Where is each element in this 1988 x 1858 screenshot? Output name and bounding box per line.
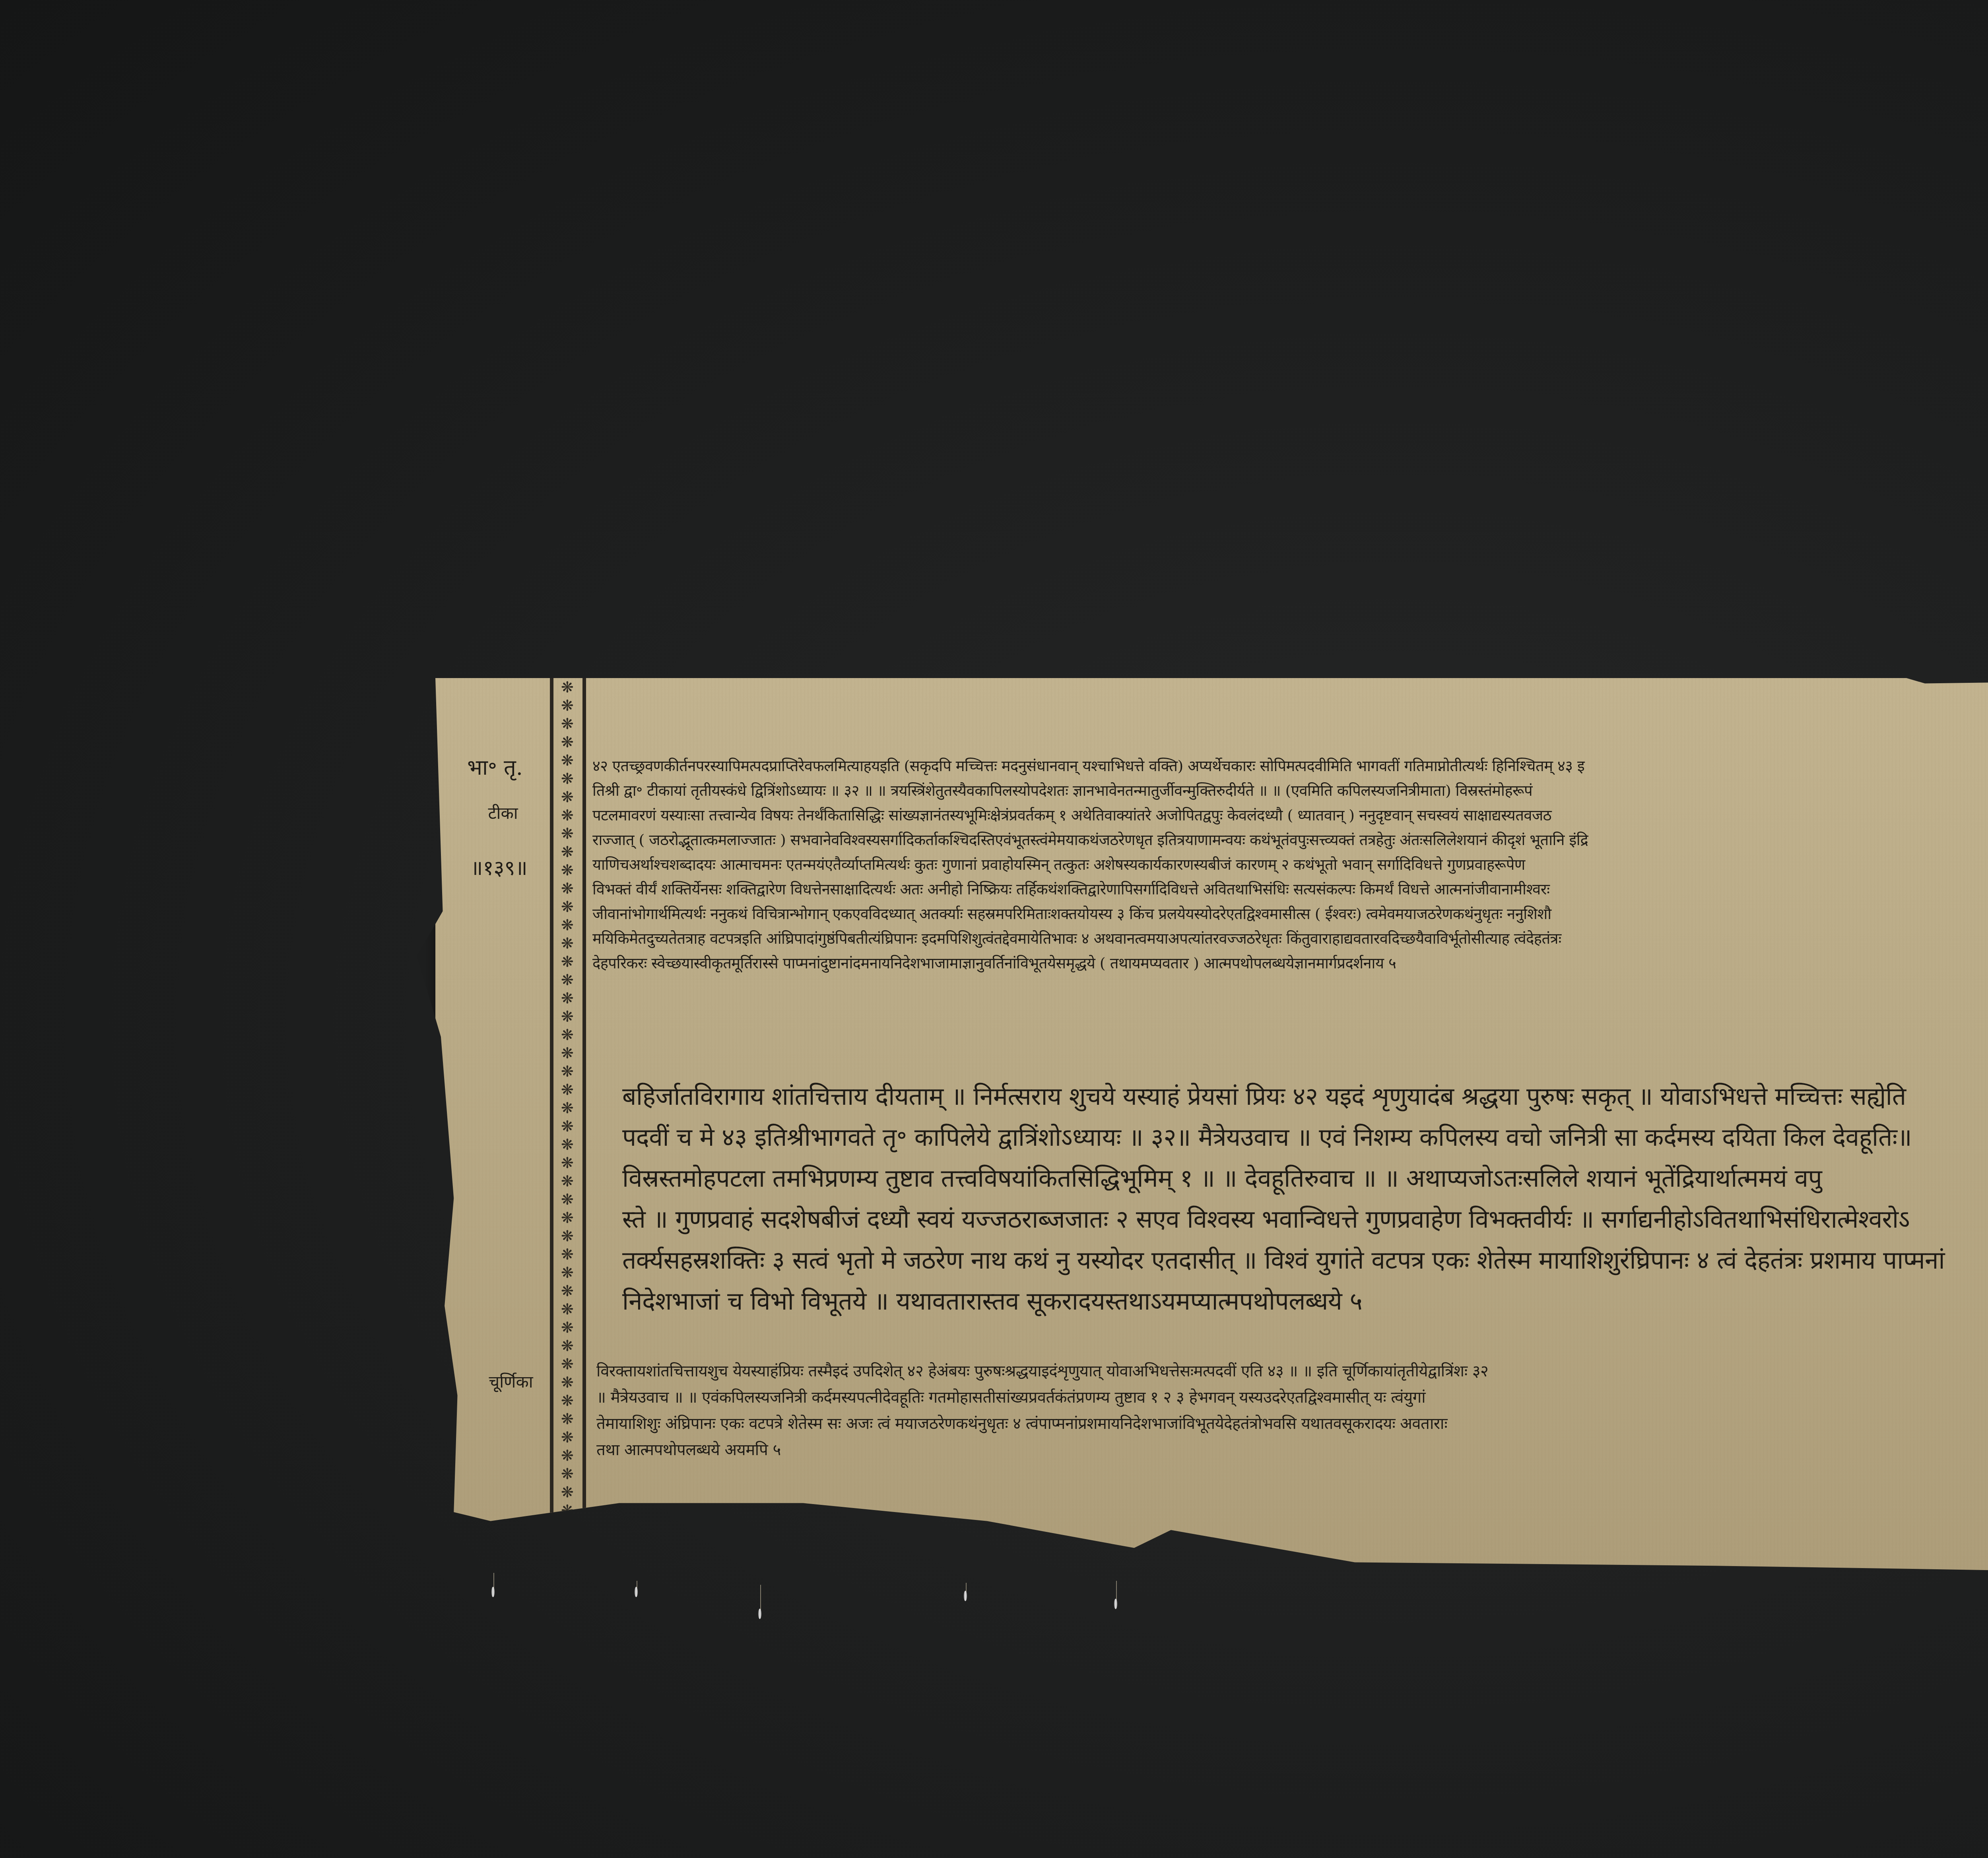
verse-line: स्ते ॥ गुणप्रवाहं सदशेषबीजं दध्यौ स्वयं … — [622, 1199, 1988, 1240]
star-rosette-icon: ❋ — [559, 1210, 575, 1226]
churnika-line: ॥ मैत्रेयउवाच ॥ ॥ एवंकपिलस्यजनित्री कर्द… — [596, 1384, 1988, 1411]
star-rosette-icon: ❋ — [559, 679, 575, 695]
star-rosette-icon: ❋ — [559, 844, 575, 860]
star-rosette-icon: ❋ — [559, 734, 575, 750]
star-rosette-icon: ❋ — [559, 1411, 575, 1427]
star-rosette-icon: ❋ — [559, 1137, 575, 1153]
pin-icon — [964, 1591, 967, 1601]
star-rosette-icon: ❋ — [559, 935, 575, 951]
star-rosette-icon: ❋ — [559, 1009, 575, 1024]
star-rosette-icon: ❋ — [559, 1338, 575, 1354]
left-ornamental-band: ❋❋❋❋❋❋❋❋❋❋❋❋❋❋❋❋❋❋❋❋❋❋❋❋❋❋❋❋❋❋❋❋❋❋❋❋❋❋❋❋… — [555, 678, 580, 1565]
star-rosette-icon: ❋ — [559, 1027, 575, 1043]
tika-line: राज्जात् ( जठरोद्भूतात्कमलाज्जातः ) सभवा… — [592, 828, 1988, 852]
churnika-line: तेमायाशिशुः अंघ्रिपानः एकः वटपत्रे शेतेस… — [596, 1411, 1988, 1437]
manuscript-folio: भा॰ तृ. टीका ॥१३९॥ चूर्णिका ❋❋❋❋❋❋❋❋❋❋❋❋… — [435, 678, 1988, 1575]
pin-icon — [1114, 1599, 1117, 1609]
star-rosette-icon: ❋ — [559, 1448, 575, 1463]
left-margin-title: भा॰ तृ. — [449, 752, 541, 781]
pin-shaft — [1116, 1581, 1117, 1601]
pin-shaft — [493, 1573, 494, 1589]
star-rosette-icon: ❋ — [559, 1118, 575, 1134]
star-rosette-icon: ❋ — [559, 1100, 575, 1116]
left-border-outer-rule — [550, 678, 553, 1565]
left-margin-page-number: ॥१३९॥ — [443, 853, 555, 881]
pin-icon — [635, 1587, 638, 1597]
verse-line: विस्रस्तमोहपटला तमभिप्रणम्य तुष्टाव तत्त… — [622, 1158, 1988, 1199]
star-rosette-icon: ❋ — [559, 862, 575, 878]
star-rosette-icon: ❋ — [559, 880, 575, 896]
star-rosette-icon: ❋ — [559, 1429, 575, 1445]
churnika-line: तथा आत्मपथोपलब्धये अयमपि ५ — [596, 1437, 1988, 1463]
tika-line: तिश्री द्वा॰ टीकायां तृतीयस्कंधे द्वित्र… — [592, 778, 1988, 803]
star-rosette-icon: ❋ — [559, 807, 575, 823]
star-rosette-icon: ❋ — [559, 752, 575, 768]
star-rosette-icon: ❋ — [559, 1191, 575, 1207]
star-rosette-icon: ❋ — [559, 1283, 575, 1299]
star-rosette-icon: ❋ — [559, 716, 575, 732]
verse-line: निदेशभाजां च विभो विभूतये ॥ यथावतारास्तव… — [622, 1281, 1988, 1322]
star-rosette-icon: ❋ — [559, 1265, 575, 1281]
star-rosette-icon: ❋ — [559, 1393, 575, 1409]
star-rosette-icon: ❋ — [559, 698, 575, 713]
star-rosette-icon: ❋ — [559, 1063, 575, 1079]
tika-commentary-block: ४२ एतच्छ्रवणकीर्तनपरस्यापिमत्पदप्राप्तिर… — [592, 754, 1988, 976]
tika-line: याणिचअर्थाश्चशब्दादयः आत्माचमनः एतन्मयंए… — [592, 852, 1988, 877]
tika-line: मयिकिमेतदुच्यतेतत्राह वटपत्रइति आंघ्रिपा… — [592, 926, 1988, 951]
star-rosette-icon: ❋ — [559, 990, 575, 1006]
verse-line: पदवीं च मे ४३ इतिश्रीभागवते तृ॰ कापिलेये… — [622, 1117, 1988, 1158]
star-rosette-icon: ❋ — [559, 1045, 575, 1061]
verse-line: तर्क्यसहस्रशक्तिः ३ सत्वं भृतो मे जठरेण … — [622, 1240, 1988, 1281]
tika-line: जीवानांभोगार्थमित्यर्थः ननुकथं विचित्रान… — [592, 902, 1988, 926]
star-rosette-icon: ❋ — [559, 789, 575, 805]
churnika-gloss-block: विरक्तायशांतचित्तायशुच येयस्याहंप्रियः त… — [596, 1358, 1988, 1463]
star-rosette-icon: ❋ — [559, 899, 575, 915]
star-rosette-icon: ❋ — [559, 1228, 575, 1244]
churnika-line: विरक्तायशांतचित्तायशुच येयस्याहंप्रियः त… — [596, 1358, 1988, 1384]
star-rosette-icon: ❋ — [559, 972, 575, 988]
pin-icon — [758, 1609, 761, 1619]
mula-verse-block: बहिर्जातविरागाय शांतचित्ताय दीयताम् ॥ नि… — [622, 1076, 1988, 1322]
left-margin-section-churnika: चूर्णिका — [471, 1370, 551, 1393]
star-rosette-icon: ❋ — [559, 1320, 575, 1335]
tika-line: पटलमावरणं यस्याःसा तत्त्वान्येव विषयः ते… — [592, 803, 1988, 828]
tika-line: विभक्तं वीर्यं शक्तिर्येनसः शक्तिद्वारेण… — [592, 877, 1988, 902]
left-margin-section-tika: टीका — [463, 801, 543, 824]
left-border-inner-rule — [582, 678, 586, 1565]
star-rosette-icon: ❋ — [559, 1082, 575, 1098]
star-rosette-icon: ❋ — [559, 1356, 575, 1372]
star-rosette-icon: ❋ — [559, 1484, 575, 1500]
star-rosette-icon: ❋ — [559, 954, 575, 970]
tika-line: ४२ एतच्छ्रवणकीर्तनपरस्यापिमत्पदप्राप्तिर… — [592, 754, 1988, 778]
tika-line: देहपरिकरः स्वेच्छयास्वीकृतमूर्तिरास्से प… — [592, 951, 1988, 976]
star-rosette-icon: ❋ — [559, 917, 575, 933]
verse-line: बहिर्जातविरागाय शांतचित्ताय दीयताम् ॥ नि… — [622, 1076, 1988, 1117]
star-rosette-icon: ❋ — [559, 1173, 575, 1189]
star-rosette-icon: ❋ — [559, 826, 575, 842]
star-rosette-icon: ❋ — [559, 1301, 575, 1317]
star-rosette-icon: ❋ — [559, 1374, 575, 1390]
star-rosette-icon: ❋ — [559, 1246, 575, 1262]
pin-icon — [491, 1587, 495, 1597]
pin-shaft — [760, 1585, 761, 1613]
star-rosette-icon: ❋ — [559, 1466, 575, 1482]
star-rosette-icon: ❋ — [559, 1155, 575, 1171]
star-rosette-icon: ❋ — [559, 771, 575, 787]
